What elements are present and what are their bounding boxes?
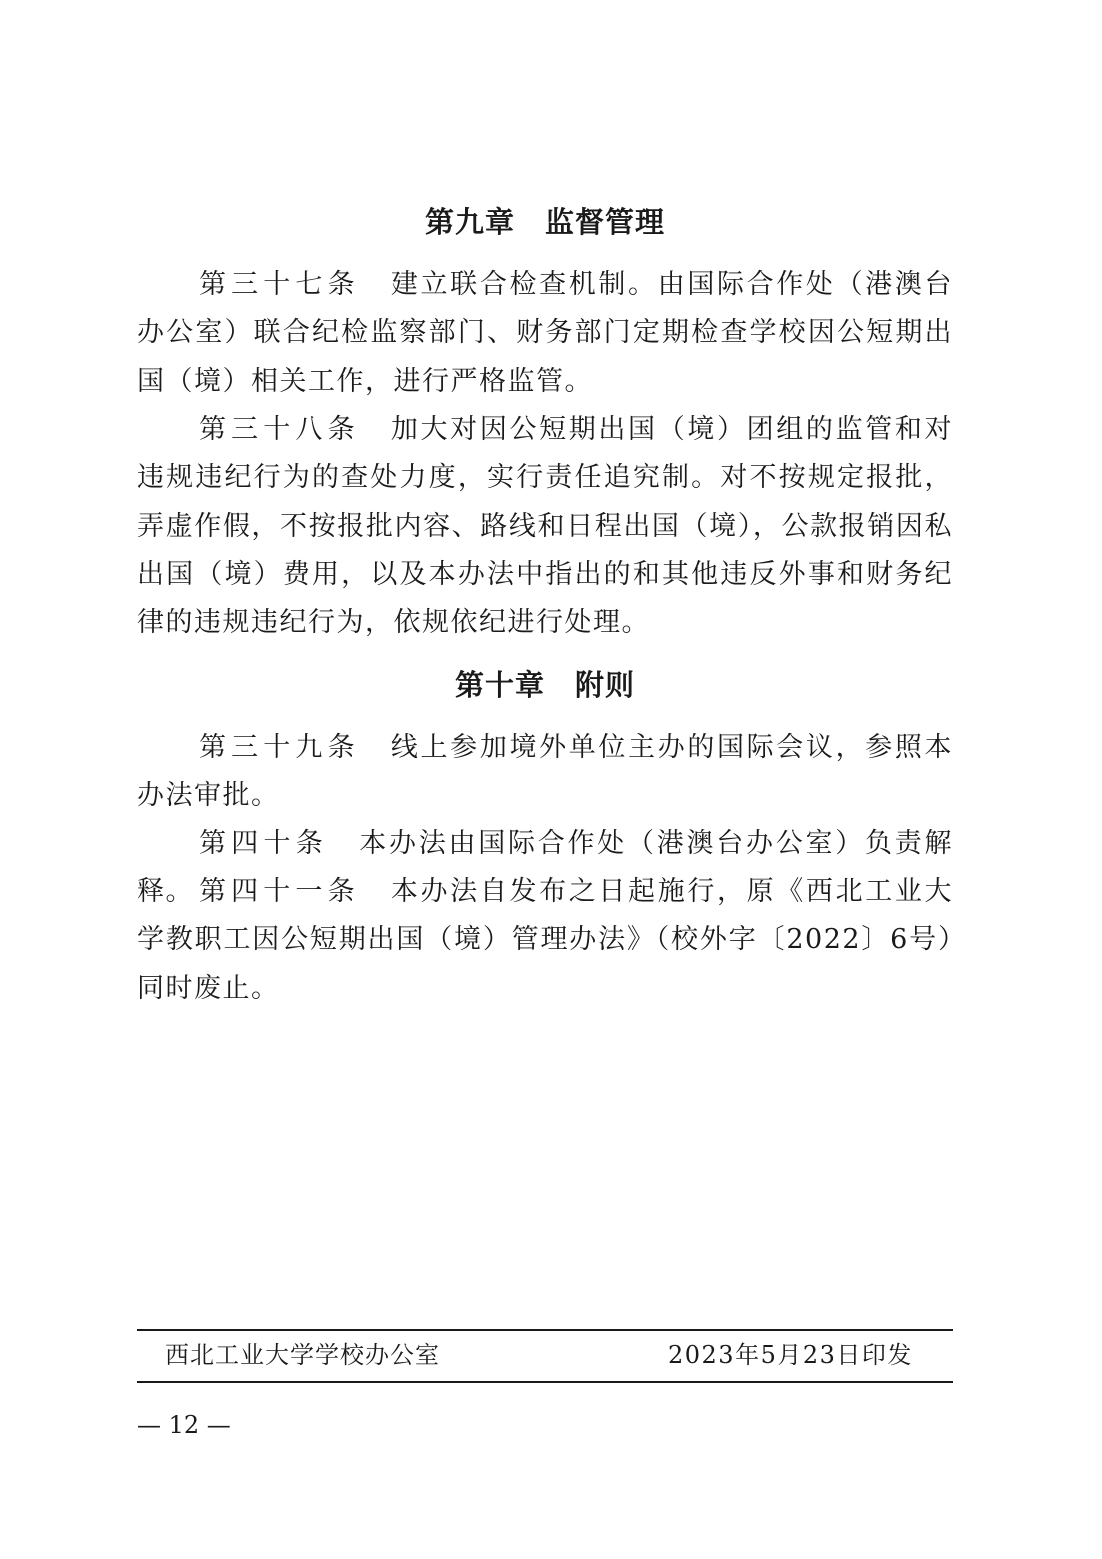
chapter-number: 第十章 bbox=[455, 668, 545, 702]
article-37: 第三十七条建立联合检查机制。由国际合作处（港澳台办公室）联合纪检监察部门、财务部… bbox=[137, 261, 953, 406]
page-number: — 12 — bbox=[137, 1408, 231, 1442]
footer-issuer: 西北工业大学学校办公室 bbox=[165, 1338, 440, 1372]
article-39: 第三十九条线上参加境外单位主办的国际会议，参照本办法审批。 bbox=[137, 724, 953, 821]
article-38: 第三十八条加大对因公短期出国（境）团组的监管和对违规违纪行为的查处力度，实行责任… bbox=[137, 406, 953, 647]
article-number: 第三十九条 bbox=[199, 732, 360, 763]
article-41: 第四十一条本办法自发布之日起施行，原《西北工业大学教职工因公短期出国（境）管理办… bbox=[137, 868, 953, 1013]
chapter-title: 附则 bbox=[575, 668, 635, 702]
chapter-heading-10: 第十章附则 bbox=[137, 665, 953, 705]
chapter-heading-9: 第九章监督管理 bbox=[137, 202, 953, 242]
article-number: 第四十条 bbox=[199, 828, 328, 859]
article-text: 加大对因公短期出国（境）团组的监管和对违规违纪行为的查处力度，实行责任追究制。对… bbox=[137, 414, 953, 638]
footer-top-rule bbox=[137, 1329, 953, 1331]
article-number: 第三十八条 bbox=[199, 414, 360, 445]
footer-print-date: 2023年5月23日印发 bbox=[668, 1338, 913, 1372]
chapter-number: 第九章 bbox=[425, 205, 515, 239]
chapter-title: 监督管理 bbox=[545, 205, 665, 239]
article-number: 第四十一条 bbox=[199, 876, 360, 907]
footer-bottom-rule bbox=[137, 1381, 953, 1383]
article-number: 第三十七条 bbox=[199, 269, 360, 300]
